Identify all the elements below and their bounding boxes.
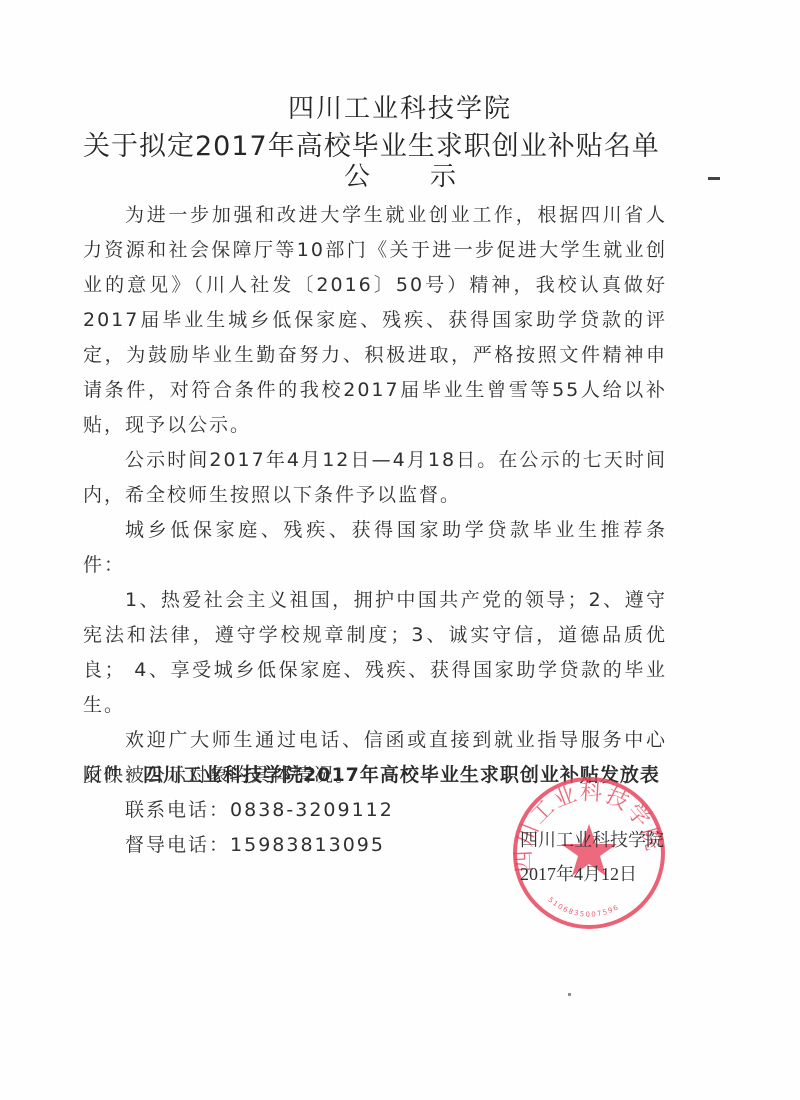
scan-speck <box>708 177 720 180</box>
paragraph-conditions-heading: 城乡低保家庭、残疾、获得国家助学贷款毕业生推荐条件： <box>83 513 667 583</box>
paragraph-intro: 为进一步加强和改进大学生就业创业工作，根据四川省人力资源和社会保障厅等10部门《… <box>83 198 667 443</box>
contact-phone-value: 0838-3209112 <box>230 799 394 821</box>
attachment-label: 附件： <box>83 764 143 786</box>
contact-phone-label: 联系电话： <box>125 799 230 821</box>
paragraph-conditions-list: 1、热爱社会主义祖国，拥护中国共产党的领导；2、遵守宪法和法律，遵守学校规章制度… <box>83 583 667 723</box>
document-title-notice: 公示 <box>0 156 800 193</box>
signature-date: 2017年4月12日 <box>520 860 670 886</box>
official-seal-icon: 四川工业科技学院 5106835007596 <box>512 776 666 930</box>
svg-text:5106835007596: 5106835007596 <box>546 896 620 919</box>
paragraph-period: 公示时间2017年4月12日—4月18日。在公示的七天时间内，希全校师生按照以下… <box>83 443 667 513</box>
signature-organization: 四川工业科技学院 <box>520 826 670 852</box>
supervise-phone-value: 15983813095 <box>230 834 385 856</box>
notice-char-1: 公 <box>344 162 370 192</box>
scan-speck <box>568 993 571 996</box>
supervise-phone-label: 督导电话： <box>125 834 230 856</box>
notice-char-2: 示 <box>430 162 456 192</box>
document-page: 四川工业科技学院 关于拟定2017年高校毕业生求职创业补贴名单 公示 为进一步加… <box>0 0 800 1100</box>
document-title-institution: 四川工业科技学院 <box>0 88 800 125</box>
